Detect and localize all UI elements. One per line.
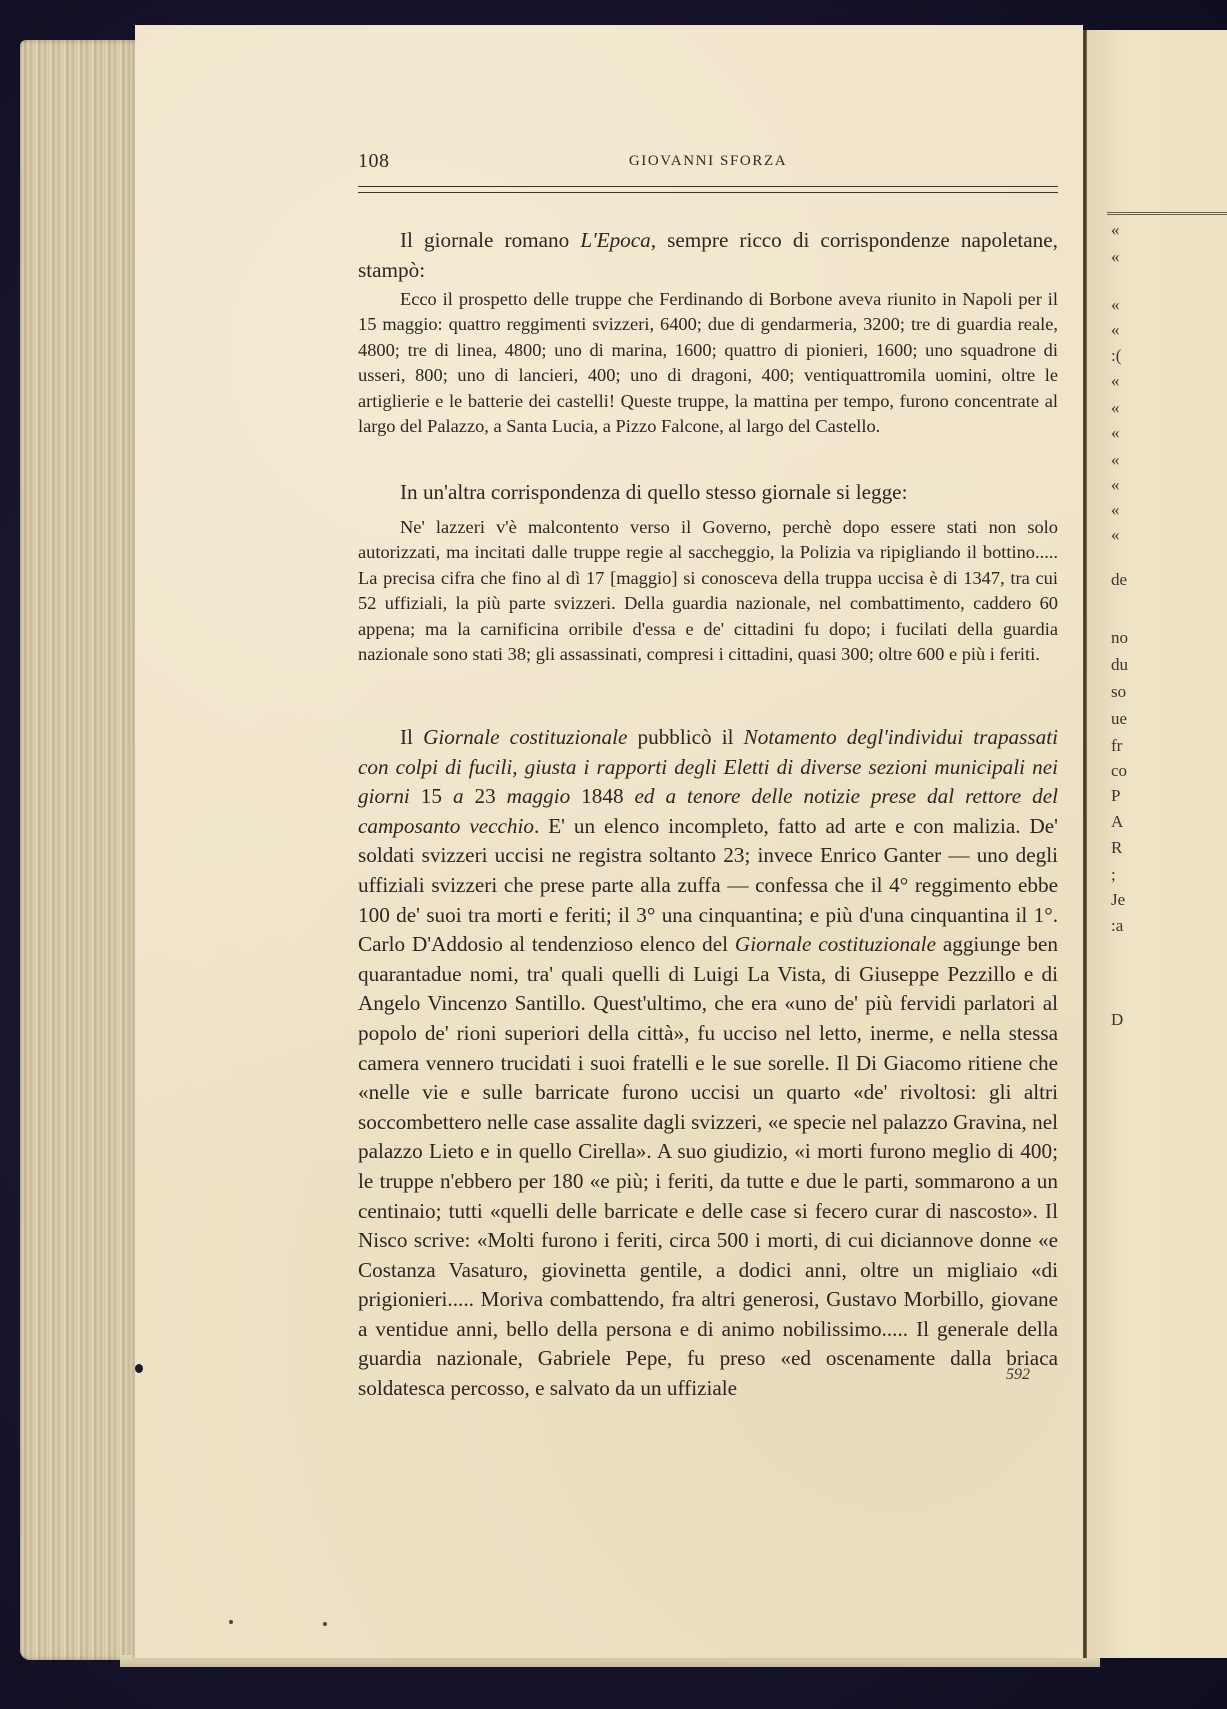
quoted-passage: Ne' lazzeri v'è malcontento verso il Gov… bbox=[358, 515, 1058, 667]
facing-page-fragment: co bbox=[1111, 761, 1127, 781]
quote-block-2: Ne' lazzeri v'è malcontento verso il Gov… bbox=[358, 515, 1058, 667]
facing-page-fragment: « bbox=[1111, 423, 1120, 443]
facing-page-rule bbox=[1107, 212, 1227, 215]
header-double-rule bbox=[358, 186, 1058, 193]
facing-page-strip: ««««:(«««««««denodusouefrcoPAR;Je:aD bbox=[1087, 30, 1227, 1658]
facing-page-fragment: A bbox=[1111, 812, 1123, 832]
signature-mark: 592 bbox=[1006, 1366, 1030, 1384]
facing-page-fragment: :( bbox=[1111, 346, 1121, 366]
italic-title-text: maggio bbox=[507, 784, 571, 808]
facing-page-fragment: du bbox=[1111, 655, 1128, 675]
text-segment: Il bbox=[400, 725, 423, 749]
facing-page-fragment: fr bbox=[1111, 736, 1122, 756]
speck bbox=[323, 1622, 327, 1626]
running-head-title: GIOVANNI SFORZA bbox=[358, 153, 1058, 170]
facing-page-fragment: « bbox=[1111, 525, 1120, 545]
running-head: 108 GIOVANNI SFORZA bbox=[358, 150, 1058, 180]
book-page-edges bbox=[20, 40, 140, 1660]
text-segment: 23 bbox=[464, 784, 507, 808]
facing-page-fragment: D bbox=[1111, 1010, 1123, 1030]
text-segment: 1848 bbox=[570, 784, 634, 808]
facing-page-fragment: ; bbox=[1111, 865, 1116, 885]
facing-page-fragment: so bbox=[1111, 682, 1126, 702]
text-segment: Il giornale romano bbox=[400, 228, 580, 252]
ink-blot bbox=[135, 1364, 143, 1373]
facing-page-fragment: « bbox=[1111, 475, 1120, 495]
quote-block-1: Ecco il prospetto delle truppe che Ferdi… bbox=[358, 287, 1058, 439]
italic-title-text: Giornale costituzionale bbox=[735, 932, 936, 956]
italic-title-text: L'Epoca, bbox=[580, 228, 656, 252]
speck bbox=[229, 1620, 233, 1624]
quoted-passage: Ecco il prospetto delle truppe che Ferdi… bbox=[358, 287, 1058, 439]
italic-title-text: a bbox=[453, 784, 464, 808]
text-segment: Ne' lazzeri v'è malcontento verso il Gov… bbox=[358, 517, 1058, 664]
facing-page-fragment: ue bbox=[1111, 709, 1127, 729]
text-segment: 15 bbox=[410, 784, 453, 808]
facing-page-fragment: :a bbox=[1111, 916, 1123, 936]
facing-page-fragment: de bbox=[1111, 570, 1127, 590]
facing-page-fragment: Je bbox=[1111, 890, 1125, 910]
text-segment: Ecco il prospetto delle truppe che Ferdi… bbox=[358, 289, 1058, 436]
facing-page-fragment: « bbox=[1111, 247, 1120, 267]
facing-page-fragment: P bbox=[1111, 786, 1120, 806]
facing-page-fragment: « bbox=[1111, 220, 1120, 240]
facing-page-fragment: « bbox=[1111, 500, 1120, 520]
facing-page-fragment: « bbox=[1111, 295, 1120, 315]
body-paragraph: Il giornale romano L'Epoca, sempre ricco… bbox=[358, 226, 1058, 285]
paragraph-3: Il Giornale costituzionale pubblicò il N… bbox=[358, 723, 1058, 1404]
facing-page-fragment: R bbox=[1111, 838, 1122, 858]
paragraph-2: In un'altra corrispondenza di quello ste… bbox=[358, 478, 1058, 508]
text-segment: pubblicò il bbox=[627, 725, 743, 749]
facing-page-fragment: « bbox=[1111, 320, 1120, 340]
body-paragraph: Il Giornale costituzionale pubblicò il N… bbox=[358, 723, 1058, 1404]
facing-page-fragment: « bbox=[1111, 398, 1120, 418]
facing-page-fragment: no bbox=[1111, 628, 1128, 648]
paragraph-1: Il giornale romano L'Epoca, sempre ricco… bbox=[358, 226, 1058, 285]
facing-page-fragment: « bbox=[1111, 371, 1120, 391]
text-segment: aggiunge ben quarantadue nomi, tra' qual… bbox=[358, 932, 1058, 1400]
italic-title-text: Giornale costituzionale bbox=[423, 725, 627, 749]
body-paragraph: In un'altra corrispondenza di quello ste… bbox=[358, 478, 1058, 508]
text-segment: In un'altra corrispondenza di quello ste… bbox=[400, 480, 907, 504]
facing-page-fragment: « bbox=[1111, 450, 1120, 470]
